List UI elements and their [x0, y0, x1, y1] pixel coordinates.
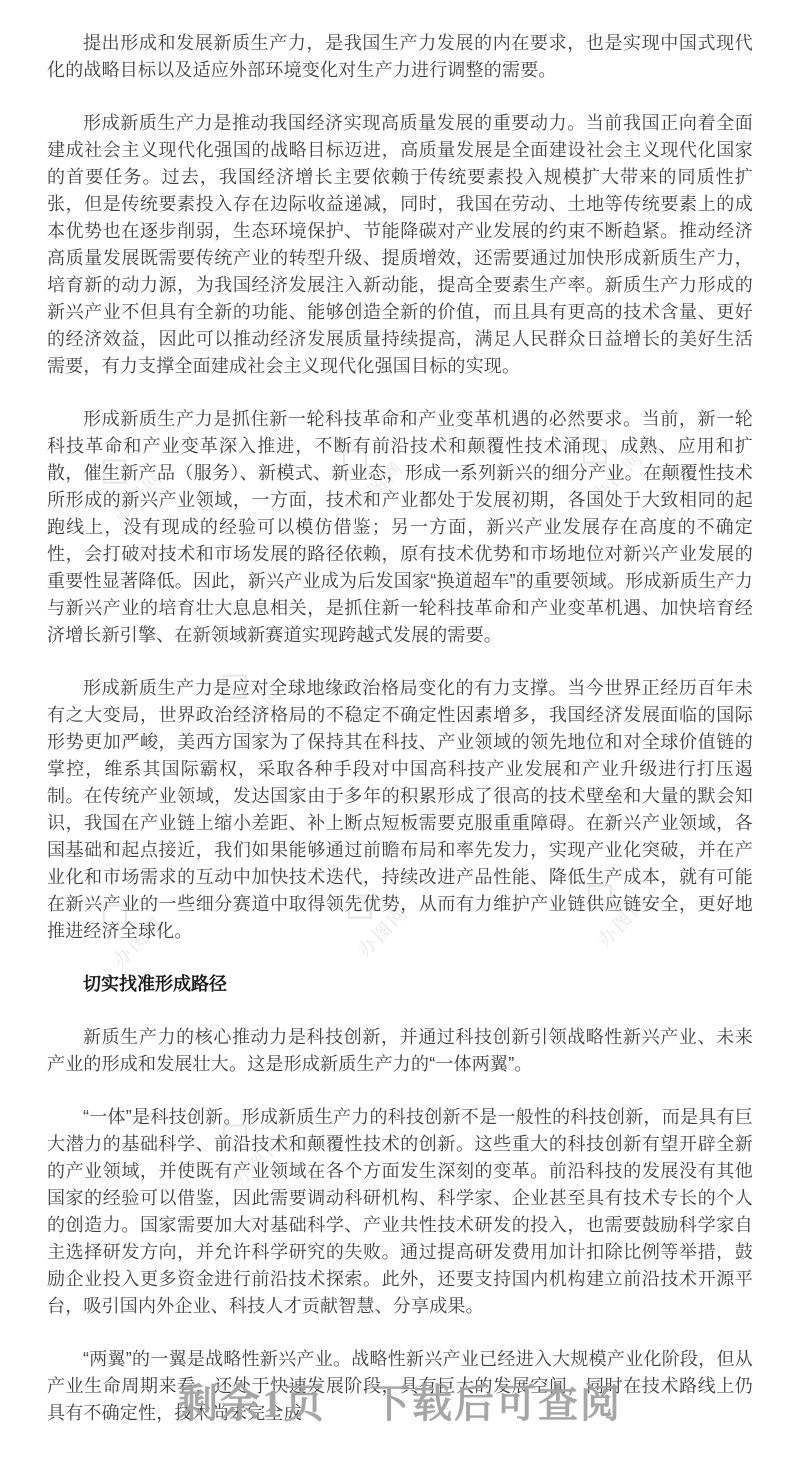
- paragraph: 新质生产力的核心推动力是科技创新，并通过科技创新引领战略性新兴产业、未来产业的形…: [47, 1024, 753, 1078]
- paragraph: 形成新质生产力是抓住新一轮科技革命和产业变革机遇的必然要求。当前，新一轮科技革命…: [47, 406, 753, 649]
- document-page: 提出形成和发展新质生产力，是我国生产力发展的内在要求，也是实现中国式现代化的战略…: [0, 0, 800, 1427]
- preview-footer: 剩余1页 下载后可查阅: [0, 1372, 800, 1429]
- paragraph: 形成新质生产力是应对全球地缘政治格局变化的有力支撑。当今世界正经历百年未有之大变…: [47, 675, 753, 945]
- download-to-view-label: 下载后可查阅: [370, 1372, 622, 1429]
- paragraph: 提出形成和发展新质生产力，是我国生产力发展的内在要求，也是实现中国式现代化的战略…: [47, 30, 753, 84]
- remaining-pages-label: 剩余1页: [178, 1372, 326, 1429]
- section-heading: 切实找准形成路径: [47, 971, 753, 998]
- paragraph: 形成新质生产力是推动我国经济实现高质量发展的重要动力。当前我国正向着全面建成社会…: [47, 110, 753, 380]
- paragraph: “一体”是科技创新。形成新质生产力的科技创新不是一般性的科技创新，而是具有巨大潜…: [47, 1104, 753, 1320]
